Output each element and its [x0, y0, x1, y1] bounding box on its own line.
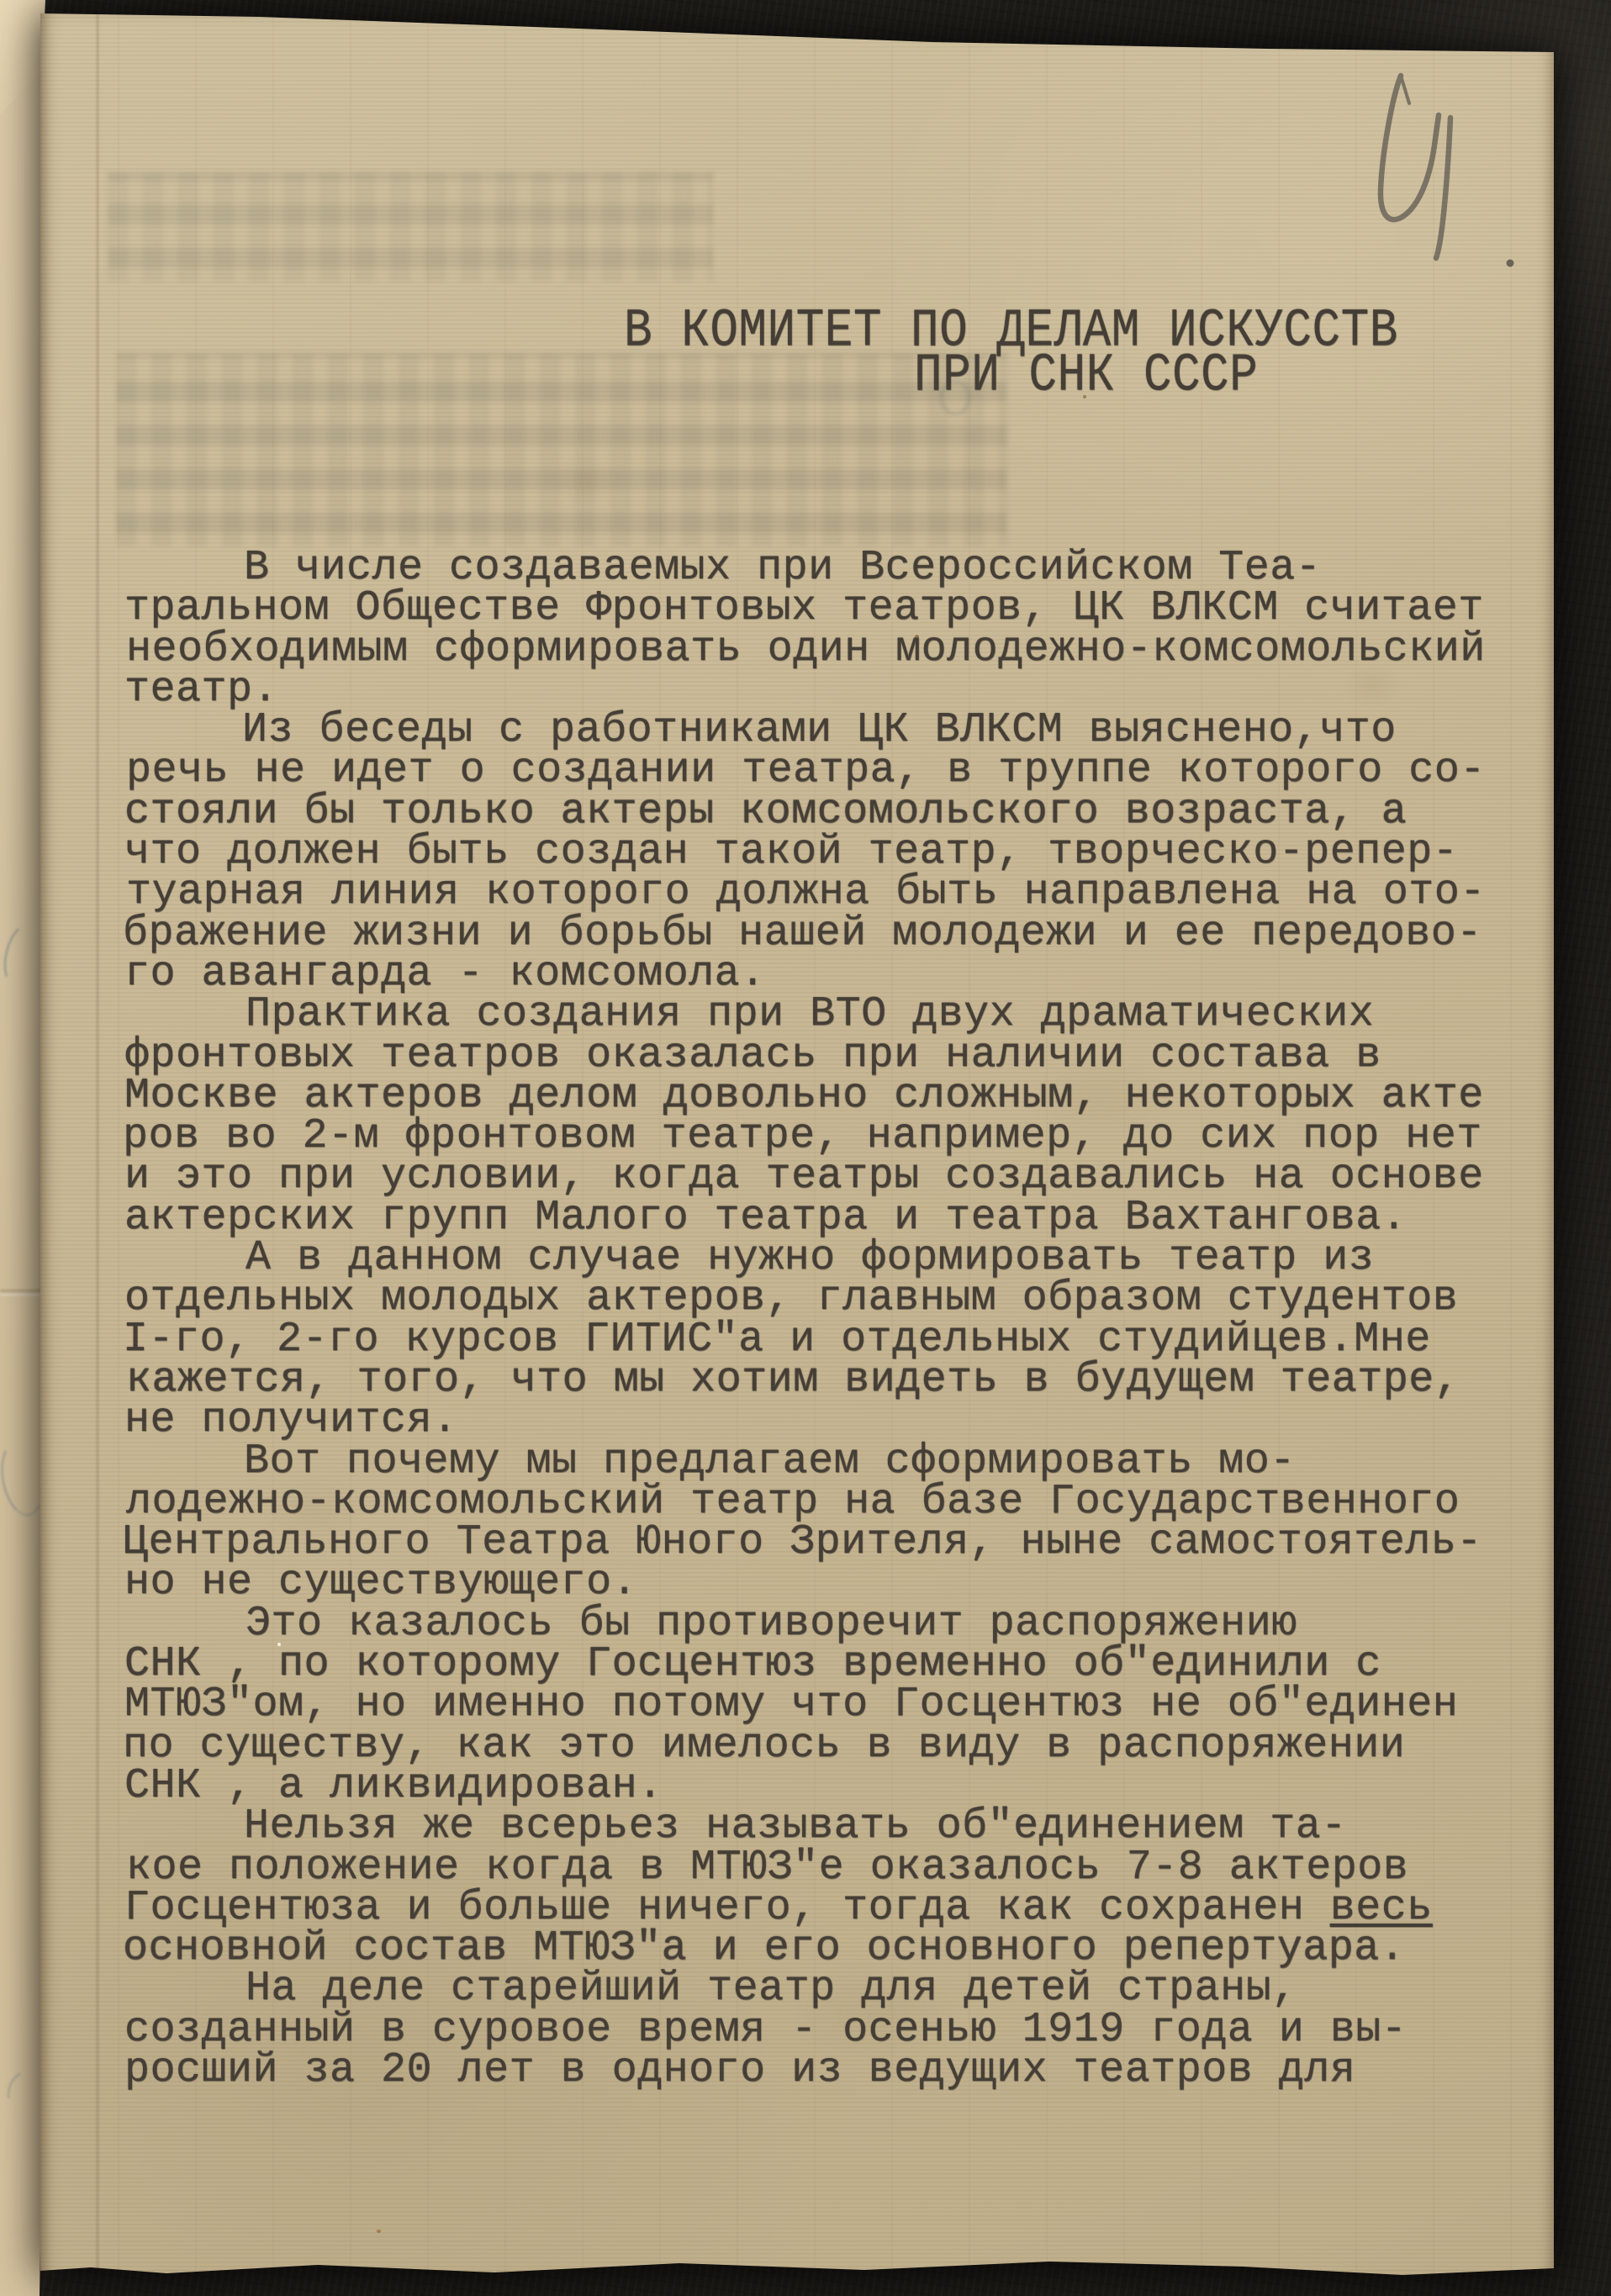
- typed-line: I-го, 2-го курсов ГИТИС"а и отдельных ст…: [123, 1320, 1561, 1360]
- typed-line: фронтовых театров оказалась при наличии …: [124, 1036, 1562, 1076]
- document-page: В КОМИТЕТ ПО ДЕЛАМ ИСКУССТВ ПРИ СНК СССР…: [40, 0, 1554, 2288]
- typed-line: лодежно-комсомольский театр на базе Госу…: [126, 1482, 1564, 1523]
- typed-line: Вот почему мы предлагаем сформировать мо…: [124, 1442, 1562, 1482]
- typed-line: бражение жизни и борьбы нашей молодежи и…: [123, 914, 1561, 954]
- typed-line: В числе создаваемых при Всероссийском Те…: [124, 548, 1562, 589]
- typed-line: отдельных молодых актеров, главным образ…: [124, 1279, 1562, 1319]
- paper-speck: [377, 2230, 381, 2233]
- typed-line: го авангарда - комсомола.: [124, 954, 1562, 995]
- typed-line: Нельзя же всерьез называть об"единением …: [124, 1807, 1562, 1847]
- typed-line: но не существующего.: [124, 1563, 1562, 1603]
- typed-line: речь не идет о создании театра, в труппе…: [126, 751, 1564, 791]
- typed-line: по существу, как это имелось в виду в ра…: [123, 1726, 1561, 1766]
- typed-line: Это казалось бы противоречит распоряжени…: [126, 1604, 1564, 1644]
- ink-bleedthrough: [116, 353, 1007, 546]
- typed-line: Москве актеров делом довольно сложным, н…: [124, 1076, 1562, 1116]
- typed-line: росший за 20 лет в одного из ведущих теа…: [124, 2051, 1562, 2091]
- typed-line: и это при условии, когда театры создавал…: [124, 1157, 1562, 1197]
- letter-heading-line2: ПРИ СНК СССР: [914, 345, 1258, 406]
- typed-line: не получится.: [124, 1401, 1562, 1441]
- scan-background: В КОМИТЕТ ПО ДЕЛАМ ИСКУССТВ ПРИ СНК СССР…: [0, 0, 1611, 2296]
- handwritten-page-number: [1369, 71, 1520, 273]
- ink-bleedthrough: [108, 172, 713, 282]
- typed-line: СНК , по которому Госцентюз временно об"…: [124, 1644, 1562, 1685]
- typed-line: что должен быть создан такой театр, твор…: [124, 832, 1562, 873]
- paper-sheet: В КОМИТЕТ ПО ДЕЛАМ ИСКУССТВ ПРИ СНК СССР…: [40, 0, 1554, 2288]
- typed-line: актерских групп Малого театра и театра В…: [124, 1198, 1562, 1238]
- pencil-smudge: [2, 2066, 42, 2112]
- typed-line: тральном Обществе Фронтовых театров, ЦК …: [124, 589, 1562, 629]
- typed-line: Центрального Театра Юного Зрителя, ныне …: [123, 1523, 1561, 1563]
- pencil-smudge: [0, 920, 46, 990]
- typed-line: необходимым сформировать один молодежно-…: [126, 630, 1564, 670]
- typed-line: туарная линия которого должна быть напра…: [126, 873, 1564, 913]
- paper-crease: [96, 0, 99, 2288]
- typed-line: ров во 2-м фронтовом театре, например, д…: [123, 1116, 1561, 1157]
- typed-line: СНК , а ликвидирован.: [124, 1766, 1562, 1807]
- typed-line: Госцентюза и больше ничего, тогда как со…: [124, 1888, 1562, 1929]
- letter-body: В числе создаваемых при Всероссийском Те…: [124, 548, 1562, 2091]
- typed-line: стояли бы только актеры комсомольского в…: [124, 792, 1562, 832]
- typed-line: основной состав МТЮЗ"а и его основного р…: [123, 1929, 1561, 1969]
- typed-line: МТЮЗ"ом, но именно потому что Госцентюз …: [124, 1685, 1562, 1725]
- typed-line: А в данном случае нужно формировать теат…: [126, 1238, 1564, 1279]
- typed-line: театр.: [124, 670, 1562, 710]
- typed-line: Практика создания при ВТО двух драматиче…: [126, 995, 1564, 1035]
- typed-line: Из беседы с работниками ЦК ВЛКСМ выяснен…: [123, 710, 1561, 751]
- typed-line: кажется, того, что мы хотим видеть в буд…: [126, 1360, 1564, 1401]
- typed-line: На деле старейший театр для детей страны…: [126, 1969, 1564, 2009]
- typed-line: созданный в суровое время - осенью 1919 …: [124, 2010, 1562, 2051]
- typed-line: кое положение когда в МТЮЗ"е оказалось 7…: [126, 1848, 1564, 1888]
